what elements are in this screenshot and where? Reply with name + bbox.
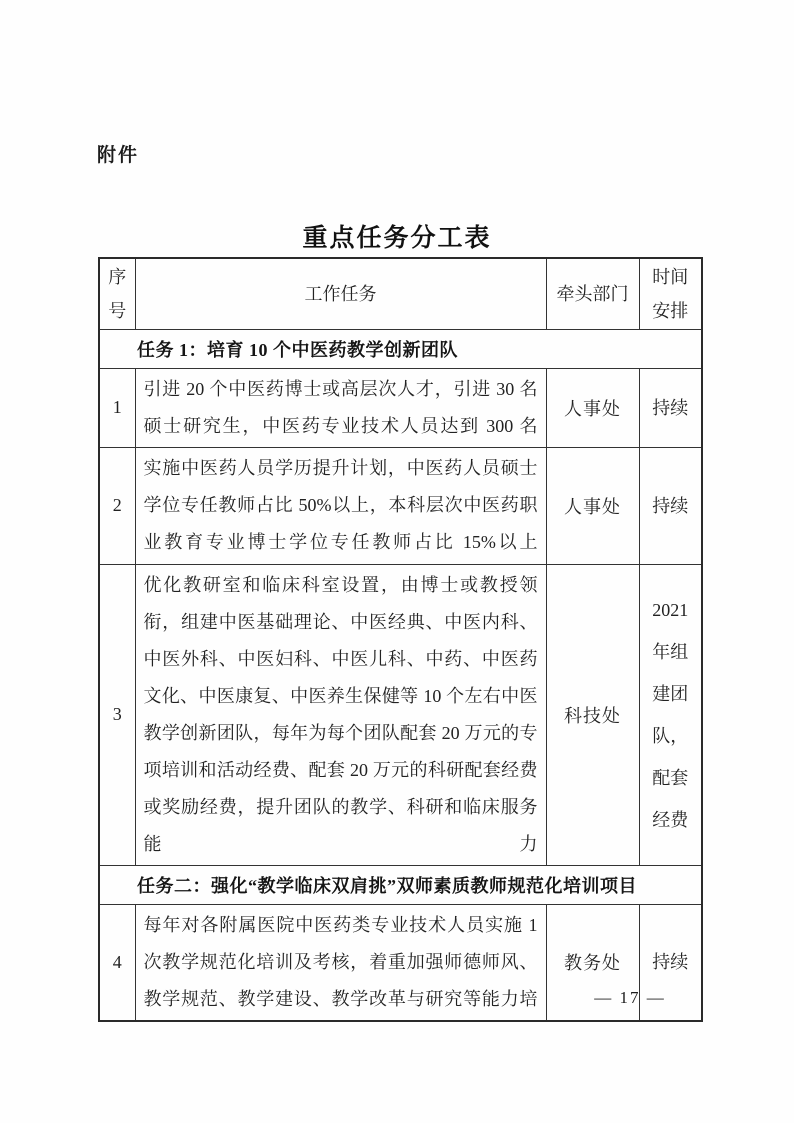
time-cell: 持续	[639, 447, 702, 564]
serial-cell: 3	[99, 564, 135, 865]
section-row-task2: 任务二：强化“教学临床双肩挑”双师素质教师规范化培训项目	[99, 865, 702, 904]
table-row: 3 优化教研室和临床科室设置，由博士或教授领衔，组建中医基础理论、中医经典、中医…	[99, 564, 702, 865]
table-row: 1 引进 20 个中医药博士或高层次人才，引进 30 名硕士研究生，中医药专业技…	[99, 368, 702, 447]
header-lead-department: 牵头部门	[546, 258, 639, 329]
serial-cell: 2	[99, 447, 135, 564]
time-cell: 2021 年组建团队，配套经费	[639, 564, 702, 865]
section-row-task1: 任务 1：培育 10 个中医药教学创新团队	[99, 329, 702, 368]
header-time-schedule: 时间安排	[639, 258, 702, 329]
department-cell: 人事处	[546, 368, 639, 447]
section-label-task1: 任务 1：培育 10 个中医药教学创新团队	[99, 329, 702, 368]
page-title: 重点任务分工表	[0, 218, 794, 254]
department-cell: 人事处	[546, 447, 639, 564]
header-work-task: 工作任务	[135, 258, 546, 329]
task-cell: 引进 20 个中医药博士或高层次人才，引进 30 名硕士研究生，中医药专业技术人…	[135, 368, 546, 447]
page-number: — 17 —	[540, 988, 720, 1008]
department-cell: 科技处	[546, 564, 639, 865]
task-cell: 优化教研室和临床科室设置，由博士或教授领衔，组建中医基础理论、中医经典、中医内科…	[135, 564, 546, 865]
section-label-task2: 任务二：强化“教学临床双肩挑”双师素质教师规范化培训项目	[99, 865, 702, 904]
time-cell: 持续	[639, 368, 702, 447]
task-cell: 每年对各附属医院中医药类专业技术人员实施 1 次教学规范化培训及考核，着重加强师…	[135, 904, 546, 1021]
header-serial-number: 序号	[99, 258, 135, 329]
serial-cell: 1	[99, 368, 135, 447]
task-cell: 实施中医药人员学历提升计划，中医药人员硕士学位专任教师占比 50%以上，本科层次…	[135, 447, 546, 564]
serial-cell: 4	[99, 904, 135, 1021]
table-row: 2 实施中医药人员学历提升计划，中医药人员硕士学位专任教师占比 50%以上，本科…	[99, 447, 702, 564]
table-header-row: 序号 工作任务 牵头部门 时间安排	[99, 258, 702, 329]
attachment-label: 附件	[97, 140, 139, 167]
document-page: 附件 重点任务分工表 序号 工作任务 牵头部门 时间安排	[0, 0, 794, 1123]
task-division-table: 序号 工作任务 牵头部门 时间安排 任务 1：培育 10 个中医药教学创新团队 …	[98, 257, 703, 1022]
